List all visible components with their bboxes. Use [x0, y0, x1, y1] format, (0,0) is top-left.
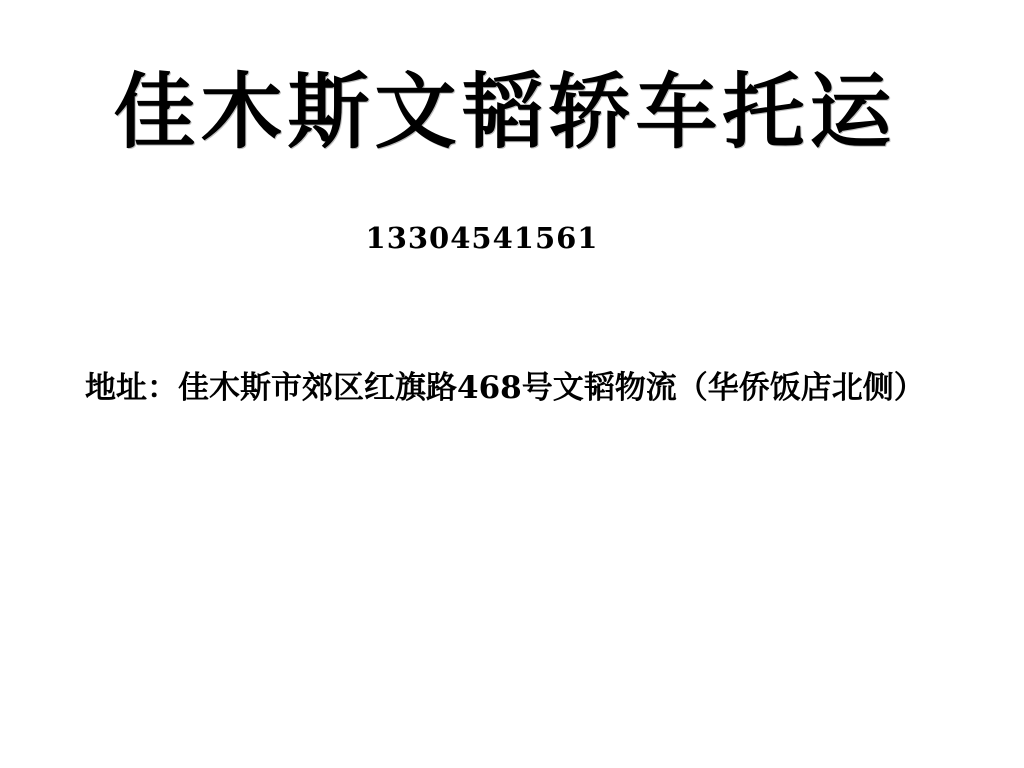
page: 佳木斯文韬轿车托运 13304541561 地址：佳木斯市郊区红旗路468号文韬… [0, 0, 1024, 768]
address-line: 地址：佳木斯市郊区红旗路468号文韬物流（华侨饭店北侧） [85, 368, 925, 408]
page-title: 佳木斯文韬轿车托运 [0, 63, 1010, 161]
phone-number: 13304541561 [0, 221, 964, 256]
